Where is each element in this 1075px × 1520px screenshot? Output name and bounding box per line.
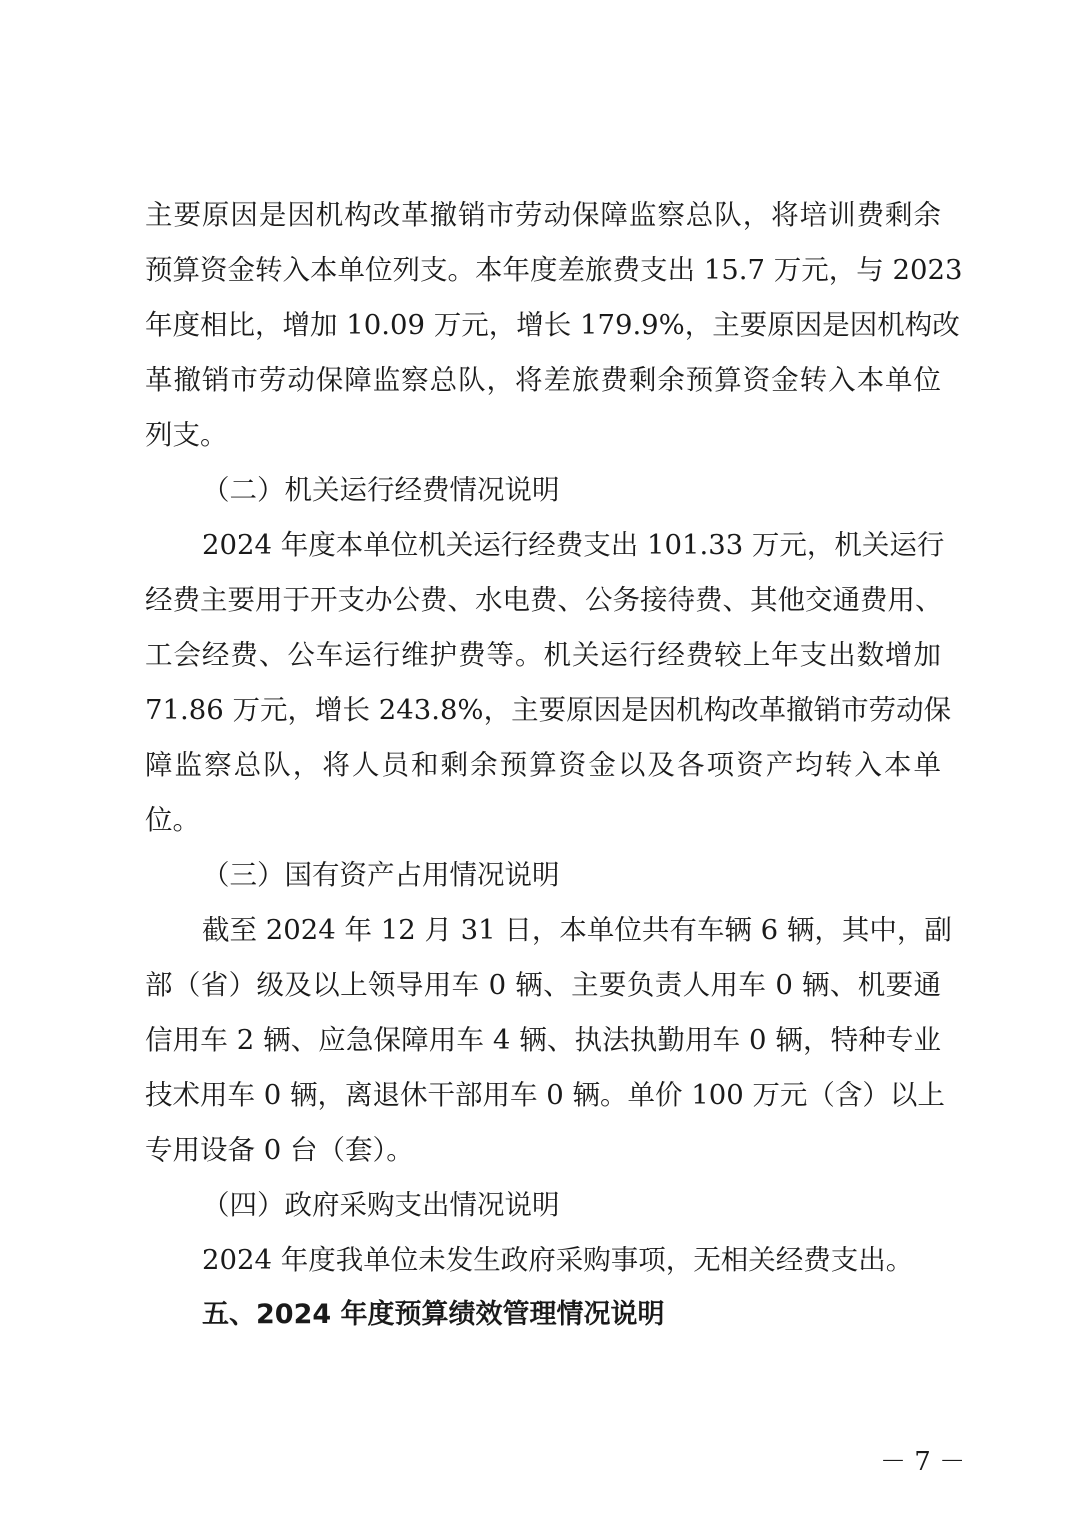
- paragraph-line: 2024 年度本单位机关运行经费支出 101.33 万元，机关运行: [202, 525, 941, 565]
- paragraph-line: 障监察总队，将人员和剩余预算资金以及各项资产均转入本单: [145, 745, 941, 785]
- paragraph-line: 经费主要用于开支办公费、水电费、公务接待费、其他交通费用、: [145, 580, 941, 620]
- paragraph-line: 工会经费、公车运行维护费等。机关运行经费较上年支出数增加: [145, 635, 941, 675]
- paragraph-line: 专用设备 0 台（套）。: [145, 1130, 941, 1170]
- paragraph-line: 技术用车 0 辆，离退休干部用车 0 辆。单价 100 万元（含）以上: [145, 1075, 941, 1115]
- paragraph-line: 2024 年度我单位未发生政府采购事项，无相关经费支出。: [202, 1240, 941, 1280]
- paragraph-line: 革撤销市劳动保障监察总队，将差旅费剩余预算资金转入本单位: [145, 360, 941, 400]
- section-heading-state-assets: （三）国有资产占用情况说明: [202, 855, 941, 895]
- section-heading-operating-expenses: （二）机关运行经费情况说明: [202, 470, 941, 510]
- paragraph-line: 71.86 万元，增长 243.8%，主要原因是因机构改革撤销市劳动保: [145, 690, 941, 730]
- section-heading-procurement: （四）政府采购支出情况说明: [202, 1185, 941, 1225]
- paragraph-line: 信用车 2 辆、应急保障用车 4 辆、执法执勤用车 0 辆，特种专业: [145, 1020, 941, 1060]
- paragraph-line: 位。: [145, 800, 941, 840]
- chapter-heading-performance-management: 五、2024 年度预算绩效管理情况说明: [202, 1295, 941, 1335]
- page-number: － 7 －: [880, 1445, 965, 1479]
- paragraph-line: 主要原因是因机构改革撤销市劳动保障监察总队，将培训费剩余: [145, 195, 941, 235]
- paragraph-line: 年度相比，增加 10.09 万元，增长 179.9%，主要原因是因机构改: [145, 305, 941, 345]
- paragraph-line: 列支。: [145, 415, 941, 455]
- paragraph-line: 部（省）级及以上领导用车 0 辆、主要负责人用车 0 辆、机要通: [145, 965, 941, 1005]
- paragraph-line: 截至 2024 年 12 月 31 日，本单位共有车辆 6 辆，其中，副: [202, 910, 941, 950]
- paragraph-line: 预算资金转入本单位列支。本年度差旅费支出 15.7 万元，与 2023: [145, 250, 941, 290]
